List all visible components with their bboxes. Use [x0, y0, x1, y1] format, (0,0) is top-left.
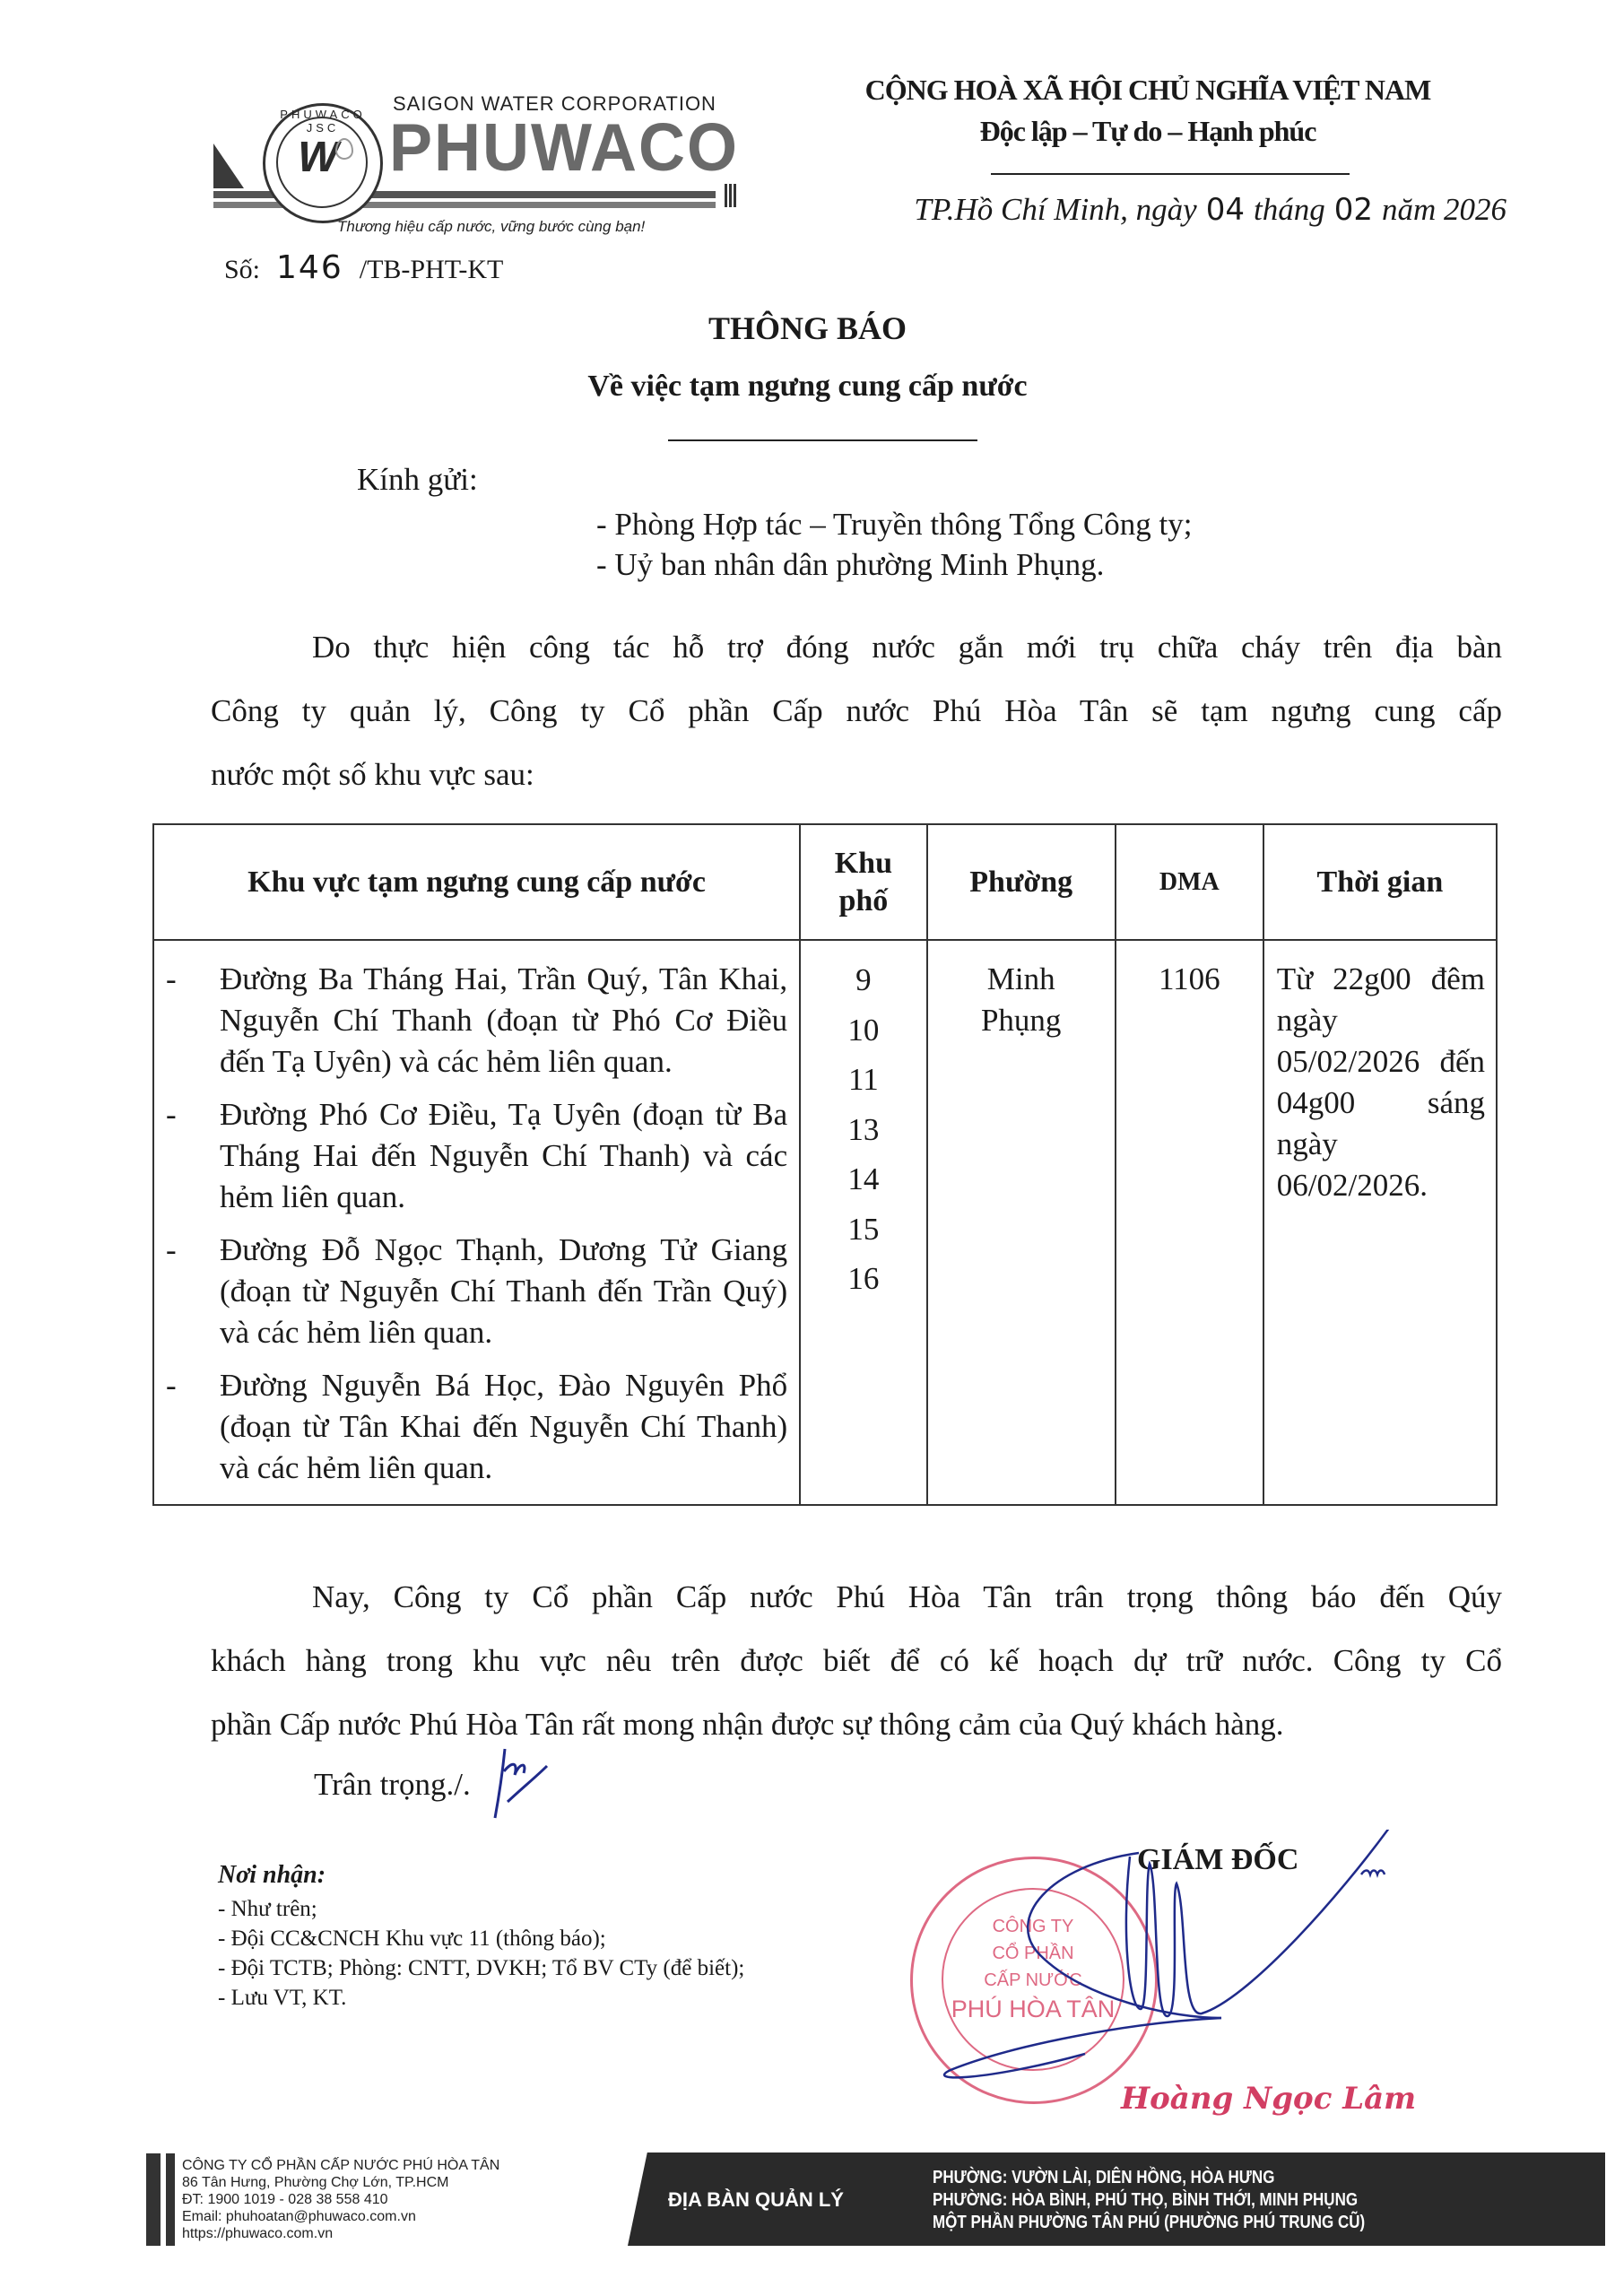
area-item: -Đường Phó Cơ Điều, Tạ Uyên (đoạn từ Ba …	[155, 1094, 798, 1218]
dma-cell: 1106	[1116, 940, 1263, 1505]
header-khu-pho: Khu phố	[800, 824, 926, 940]
addressee-item: - Phòng Hợp tác – Truyền thông Tổng Công…	[596, 507, 1192, 543]
footer-bar-mark	[146, 2153, 161, 2246]
title-divider	[668, 439, 977, 441]
header-khu-pho-label: Khu phố	[828, 845, 899, 920]
footer-email: Email: phuhoatan@phuwaco.com.vn	[182, 2208, 499, 2225]
recipient-item: - Đội CC&CNCH Khu vực 11 (thông báo);	[218, 1924, 744, 1953]
khu-pho-value: 13	[802, 1101, 925, 1159]
footer-ward-line: MỘT PHẦN PHƯỜNG TÂN PHÚ (PHƯỜNG PHÚ TRUN…	[933, 2212, 1365, 2234]
logo-wedge-left	[213, 143, 244, 188]
header-area: Khu vực tạm ngưng cung cấp nước	[153, 824, 800, 940]
signer-name: Hoàng Ngọc Lâm	[1121, 2081, 1416, 2117]
closing-paragraph: Nay, Công ty Cổ phần Cấp nước Phú Hòa Tâ…	[211, 1565, 1502, 1756]
company-logo: PHUWACO JSC W SAIGON WATER CORPORATION P…	[213, 85, 734, 238]
regards: Trân trọng./.	[314, 1767, 471, 1803]
footer-address: 86 Tân Hưng, Phường Chợ Lớn, TP.HCM	[182, 2174, 499, 2191]
khu-pho-cell: 9 10 11 13 14 15 16	[800, 940, 926, 1505]
header-dma: DMA	[1116, 824, 1263, 940]
area-item: -Đường Nguyễn Bá Học, Đào Nguyên Phổ (đo…	[155, 1365, 798, 1489]
addressee-item: - Uỷ ban nhân dân phường Minh Phụng.	[596, 547, 1104, 583]
footer-website: https://phuwaco.com.vn	[182, 2225, 499, 2242]
area-text: Đường Phó Cơ Điều, Tạ Uyên (đoạn từ Ba T…	[220, 1094, 798, 1218]
time-cell: Từ 22g00 đêm ngày 05/02/2026 đến 04g00 s…	[1263, 940, 1497, 1505]
initial-signature-icon	[491, 1744, 554, 1825]
khu-pho-value: 11	[802, 1051, 925, 1109]
intro-line: Do thực hiện công tác hỗ trợ đóng nước g…	[211, 615, 1502, 679]
month-label: tháng	[1254, 192, 1325, 227]
header-phuong: Phường	[927, 824, 1116, 940]
area-text: Đường Nguyễn Bá Học, Đào Nguyên Phổ (đoạ…	[220, 1365, 798, 1489]
footer-ward-line: PHƯỜNG: HÒA BÌNH, PHÚ THỌ, BÌNH THỚI, MI…	[933, 2189, 1365, 2212]
khu-pho-value: 10	[802, 1002, 925, 1059]
intro-line: nước một số khu vực sau:	[211, 743, 1502, 806]
footer-wards: PHƯỜNG: VƯỜN LÀI, DIÊN HỒNG, HÒA HƯNG PH…	[933, 2167, 1365, 2234]
closing-line: Nay, Công ty Cổ phần Cấp nước Phú Hòa Tâ…	[211, 1565, 1502, 1629]
area-cell: -Đường Ba Tháng Hai, Trần Quý, Tân Khai,…	[153, 940, 800, 1505]
logo-barcode-mark	[725, 184, 737, 207]
brand-name: PHUWACO	[389, 110, 739, 186]
phuong-cell: Minh Phụng	[927, 940, 1116, 1505]
khu-pho-value: 16	[802, 1250, 925, 1308]
day-handwritten: 04	[1197, 192, 1254, 228]
area-text: Đường Đỗ Ngọc Thạnh, Dương Tử Giang (đoạ…	[220, 1230, 798, 1353]
nation-heading: CỘNG HOÀ XÃ HỘI CHỦ NGHĨA VIỆT NAM	[789, 74, 1506, 107]
logo-seal-icon: PHUWACO JSC W	[263, 103, 383, 223]
area-text: Đường Ba Tháng Hai, Trần Quý, Tân Khai, …	[220, 959, 798, 1083]
closing-line: khách hàng trong khu vực nêu trên được b…	[211, 1629, 1502, 1692]
khu-pho-value: 15	[802, 1201, 925, 1258]
outage-table: Khu vực tạm ngưng cung cấp nước Khu phố …	[152, 823, 1498, 1506]
document-subtitle: Về việc tạm ngưng cung cấp nước	[0, 370, 1615, 404]
khu-pho-value: 9	[802, 952, 925, 1009]
closing-line: phần Cấp nước Phú Hòa Tân rất mong nhận …	[211, 1692, 1502, 1756]
area-item: -Đường Đỗ Ngọc Thạnh, Dương Tử Giang (đo…	[155, 1230, 798, 1353]
table-row: -Đường Ba Tháng Hai, Trần Quý, Tân Khai,…	[153, 940, 1497, 1505]
intro-paragraph: Do thực hiện công tác hỗ trợ đóng nước g…	[211, 615, 1502, 806]
director-signature-icon	[906, 1830, 1462, 2117]
footer-company: CÔNG TY CỔ PHẦN CẤP NƯỚC PHÚ HÒA TÂN	[182, 2157, 499, 2174]
phuong-value: Minh Phụng	[968, 959, 1075, 1041]
doc-number-handwritten: 146	[260, 249, 360, 286]
addressee-label: Kính gửi:	[357, 462, 478, 498]
doc-number-prefix: Số:	[224, 255, 260, 284]
recipient-item: - Như trên;	[218, 1894, 744, 1924]
recipient-item: - Đội TCTB; Phòng: CNTT, DVKH; Tổ BV CTy…	[218, 1953, 744, 1983]
footer-phone: ĐT: 1900 1019 - 028 38 558 410	[182, 2191, 499, 2208]
table-header-row: Khu vực tạm ngưng cung cấp nước Khu phố …	[153, 824, 1497, 940]
footer-area-label: ĐỊA BÀN QUẢN LÝ	[668, 2188, 844, 2212]
header-time: Thời gian	[1263, 824, 1497, 940]
year-label: năm 2026	[1382, 192, 1506, 227]
intro-line: Công ty quản lý, Công ty Cổ phần Cấp nướ…	[211, 679, 1502, 743]
recipient-item: - Lưu VT, KT.	[218, 1983, 744, 2013]
place-date: TP.Hồ Chí Minh, ngày04tháng02năm 2026	[816, 192, 1506, 228]
month-handwritten: 02	[1325, 192, 1382, 228]
doc-number-suffix: /TB-PHT-KT	[360, 255, 504, 284]
recipients-list: - Như trên; - Đội CC&CNCH Khu vực 11 (th…	[218, 1894, 744, 2013]
footer-company-info: CÔNG TY CỔ PHẦN CẤP NƯỚC PHÚ HÒA TÂN 86 …	[182, 2157, 499, 2242]
slogan: Thương hiệu cấp nước, vững bước cùng bạn…	[337, 218, 645, 236]
document-title: THÔNG BÁO	[0, 309, 1615, 347]
document-number: Số:146/TB-PHT-KT	[224, 249, 503, 286]
motto: Độc lập – Tự do – Hạnh phúc	[789, 115, 1506, 148]
khu-pho-value: 14	[802, 1151, 925, 1208]
footer-bar-mark	[166, 2153, 175, 2246]
water-drop-icon	[335, 138, 353, 160]
place-date-prefix: TP.Hồ Chí Minh, ngày	[914, 192, 1196, 227]
recipients-title: Nơi nhận:	[218, 1861, 326, 1890]
area-item: -Đường Ba Tháng Hai, Trần Quý, Tân Khai,…	[155, 959, 798, 1083]
motto-divider	[991, 173, 1350, 175]
footer-ward-line: PHƯỜNG: VƯỜN LÀI, DIÊN HỒNG, HÒA HƯNG	[933, 2167, 1365, 2189]
